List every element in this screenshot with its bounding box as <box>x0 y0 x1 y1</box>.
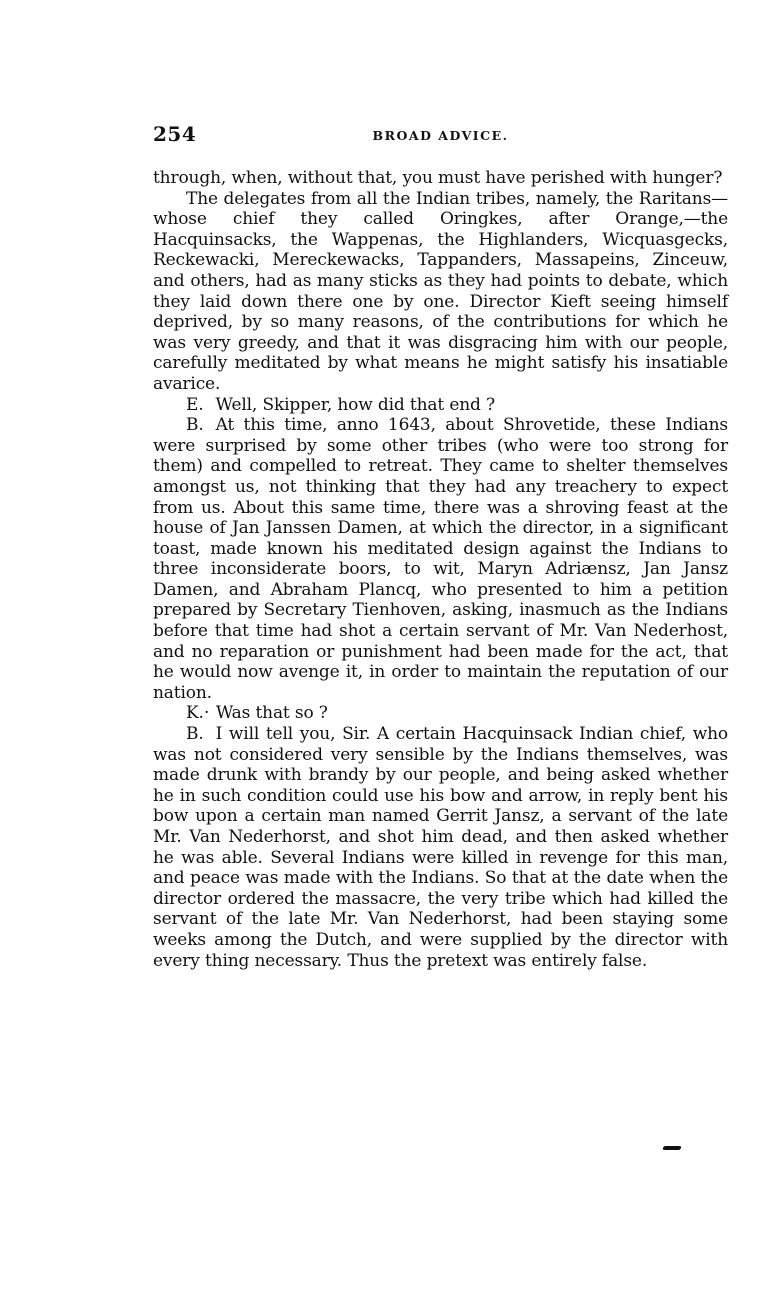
running-title: BROAD ADVICE. <box>153 128 728 143</box>
paragraph-text: The delegates from all the Indian tribes… <box>153 189 728 394</box>
print-speck: · <box>171 703 209 724</box>
running-head: 254 BROAD ADVICE. <box>153 122 728 150</box>
dialogue-text: At this time, anno 1643, about Shrovetid… <box>153 415 728 703</box>
body-text: through, when, without that, you must ha… <box>153 168 728 971</box>
book-page: 254 BROAD ADVICE. through, when, without… <box>153 122 728 971</box>
paragraph-delegates: The delegates from all the Indian tribes… <box>153 189 728 395</box>
paragraph-continuation: through, when, without that, you must ha… <box>153 168 728 189</box>
paragraph-text: through, when, without that, you must ha… <box>153 168 722 188</box>
dialogue-line-b-1: B.At this time, anno 1643, about Shrovet… <box>153 415 728 703</box>
dialogue-text: Well, Skipper, how did that end ? <box>216 395 495 415</box>
speaker-label: E. <box>186 395 204 415</box>
speaker-label: B. <box>186 724 204 744</box>
dialogue-line-e: E.Well, Skipper, how did that end ? <box>153 395 728 416</box>
printer-mark <box>662 1146 681 1150</box>
dialogue-text: I will tell you, Sir. A certain Hacquins… <box>153 724 728 971</box>
speaker-label: B. <box>186 415 204 435</box>
dialogue-line-k: · K.Was that so ? <box>153 703 728 724</box>
dialogue-line-b-2: B.I will tell you, Sir. A certain Hacqui… <box>153 724 728 971</box>
dialogue-text: Was that so ? <box>216 703 328 723</box>
